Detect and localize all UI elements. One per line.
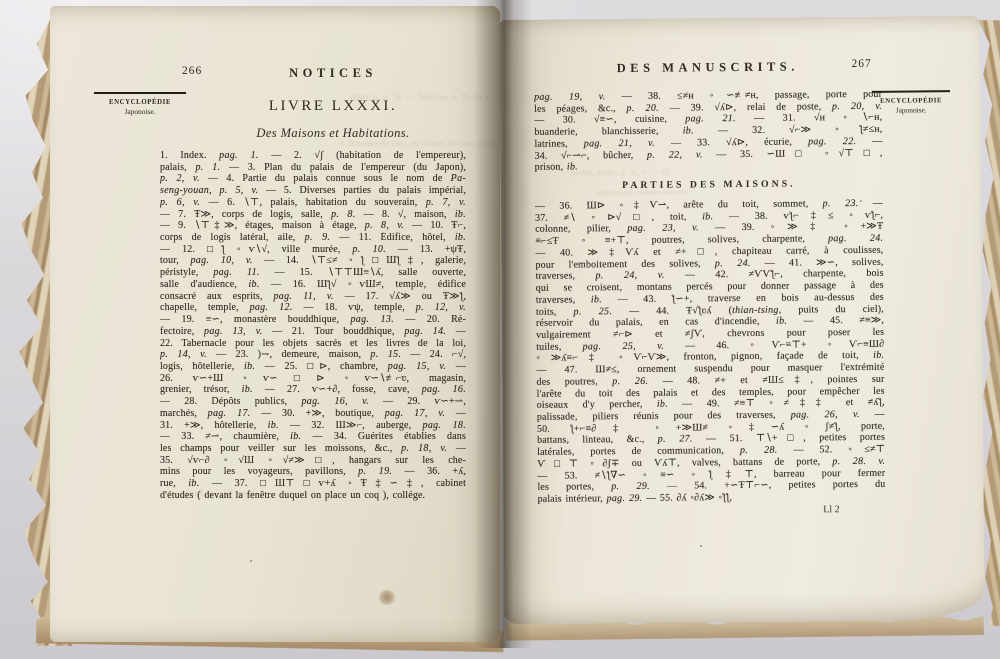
- margin-note-title: ENCYCLOPÉDIE: [872, 96, 950, 106]
- paper-speck: [860, 200, 862, 202]
- text-line: 22. Tabernacle pour les objets sacrés et…: [160, 338, 466, 350]
- text-line: rue, ib. — 37. □Ш⊤□ѵ+ʎ ◦Ŧ‡∽‡, cabinet: [160, 478, 466, 490]
- chapter-title: LIVRE LXXXI.: [180, 98, 486, 115]
- text-line: — 33. ≠⇀, chaumière, ib. — 34. Guérites …: [160, 431, 466, 443]
- right-page-body-top: pag. 19, v. — 38. ≤≠ʜ ◦∽≢≠ʜ, passage, po…: [534, 89, 883, 174]
- left-page-body-text: 1. Index. pag. 1. — 2. √ʃ (habitation de…: [160, 150, 466, 502]
- text-line: seng-youan, p. 5, v. — 5. Diverses parti…: [160, 185, 466, 197]
- text-line: — 12. □ƪ ◦ѵ∖√, ville murée, p. 10. — 13.…: [160, 244, 466, 256]
- left-page-header: 266 NOTICES: [180, 64, 486, 82]
- text-line: logis, hôtellerie, ib. — 25. □⊳, chambre…: [160, 361, 466, 373]
- running-title-left: NOTICES: [289, 66, 377, 80]
- left-page-headings: 266 NOTICES LIVRE LXXXI. Des Maisons et …: [180, 64, 486, 141]
- paper-speck: [250, 560, 252, 562]
- text-line: mins pour les voyageurs, pavillons, p. 1…: [160, 466, 466, 478]
- paper-speck: [700, 545, 702, 547]
- text-line: 31. +≫, hôtellerie, ib. — 32. Ш≫⌐, auber…: [160, 420, 466, 432]
- text-line: — 7. Ŧ≫, corps de logis, salle, p. 8. — …: [160, 209, 466, 221]
- margin-note-subtitle: Japonoise.: [872, 105, 950, 115]
- text-line: grenier, trésor, ib. — 27. ѵ∽+∂, fosse, …: [160, 384, 466, 396]
- section-heading-parties: PARTIES DES MAISONS.: [535, 178, 883, 192]
- signature-mark: Ll 2: [538, 503, 886, 517]
- page-number-left: 266: [182, 65, 202, 77]
- section-title: Des Maisons et Habitations.: [180, 126, 486, 141]
- left-page: districts, p. 38. — Temples, p. 38-39, v…: [50, 6, 500, 642]
- text-line: 35. √ѵ⌐∂ ◦√Ш ◦√≠≫□, hangars sur les che-: [160, 455, 466, 467]
- text-line: d'études ( devant la fenêtre duquel on p…: [160, 490, 466, 502]
- text-line: 1. Index. pag. 1. — 2. √ʃ (habitation de…: [160, 150, 466, 162]
- book-photo: districts, p. 38. — Temples, p. 38-39, v…: [0, 0, 1000, 659]
- text-line: p. 6, v. — 6. ∖⊤, palais, habitation du …: [160, 197, 466, 209]
- text-line: salle d'audience, ib. — 16. Шƪ√ ◦ѵШ≠, te…: [160, 279, 466, 291]
- text-line: les champs pour veiller sur les moissons…: [160, 443, 466, 455]
- right-page-header: DES MANUSCRITS. 267: [534, 57, 882, 78]
- text-line: — 19. ≡∽, monastère bouddhique, pag. 13.…: [160, 314, 466, 326]
- running-title-right: DES MANUSCRITS.: [617, 59, 799, 75]
- text-line: palais, p. 1. — 3. Plan du palais de l'e…: [160, 162, 466, 174]
- margin-note-rule: [872, 90, 950, 93]
- left-page-text-column: 266 NOTICES LIVRE LXXXI. Des Maisons et …: [160, 64, 466, 502]
- text-line: fectoire, pag. 13, v. — 21. Tour bouddhi…: [160, 326, 466, 338]
- text-line: tour, pag. 10, v. — 14. ∖⊤≤≠ ◦ƪ□Шƪ‡, gal…: [160, 255, 466, 267]
- text-line: chapelle, temple, pag. 12. — 18. ѵψ, tem…: [160, 302, 466, 314]
- text-line: consacré aux esprits, pag. 11, v. — 17. …: [160, 291, 466, 303]
- margin-note-right: ENCYCLOPÉDIE Japonoise.: [872, 90, 950, 115]
- stain-spot: [378, 590, 396, 605]
- right-page-body-bottom: — 36. Ш⊳ ◦‡Ѵ⇀, arête du toit, sommet, p.…: [535, 198, 886, 506]
- text-line: p. 2, v. — 4. Partie du palais connue so…: [160, 173, 466, 185]
- right-page: treillis, treille, p. 31, v. — 63. sépar…: [499, 16, 984, 624]
- page-number-right: 267: [851, 58, 871, 70]
- text-line: marchés, pag. 17. — 30. +≫, boutique, pa…: [160, 408, 466, 420]
- text-line: corps de logis latéral, aile, p. 9. — 11…: [160, 232, 466, 244]
- text-line: péristyle, pag. 11. — 15. ∖⊤⊤Ш≡∖ʎ, salle…: [160, 267, 466, 279]
- text-line: p. 14, v. — 23. )⇁, demeure, maison, p. …: [160, 349, 466, 361]
- right-page-text-column: DES MANUSCRITS. 267 pag. 19, v. — 38. ≤≠…: [534, 57, 886, 518]
- text-line: — 9. ∖⊤‡≫, étages, maison à étage, p. 8,…: [160, 220, 466, 232]
- text-line: — 28. Dépôts publics, pag. 16, v. — 29. …: [160, 396, 466, 408]
- text-line: 26. ѵ∽+Ш ◦ѵ∽□⊳ ◦ѵ∽∖≢⌐ʋ, magasin,: [160, 373, 466, 385]
